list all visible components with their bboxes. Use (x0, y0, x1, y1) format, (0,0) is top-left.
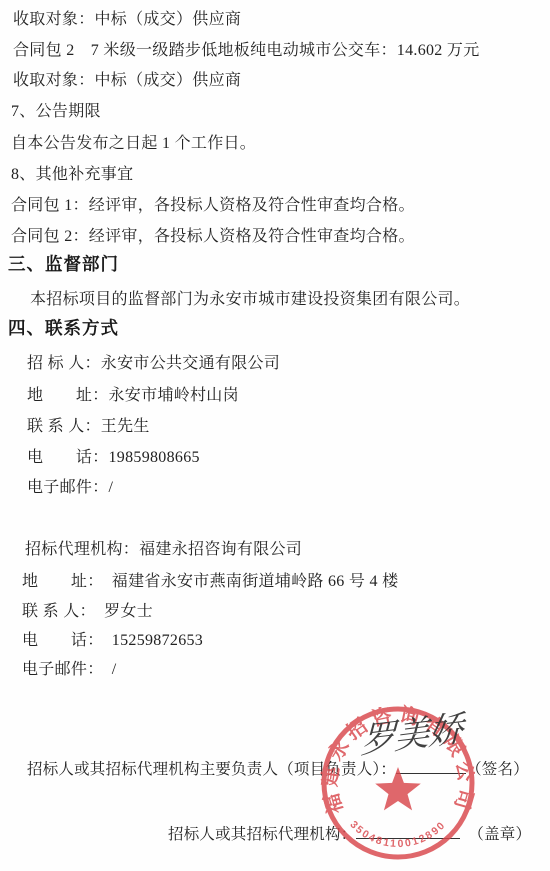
agency-address-line: 地 址： 福建省永安市燕南街道埔岭路 66 号 4 楼 (22, 568, 398, 591)
other-matters-heading: 8、其他补充事宜 (11, 161, 133, 184)
announcement-period-text: 自本公告发布之日起 1 个工作日。 (11, 130, 256, 153)
scanned-document-page: 收取对象：中标（成交）供应商 合同包 2 7 米级一级踏步低地板纯电动城市公交车… (0, 0, 550, 871)
package-1-review-result: 合同包 1：经评审，各投标人资格及符合性审查均合格。 (11, 192, 415, 215)
contract-package-2-fee-line: 合同包 2 7 米级一级踏步低地板纯电动城市公交车：14.602 万元 (13, 37, 480, 60)
tenderer-address-line: 地 址：永安市埔岭村山岗 (27, 382, 239, 405)
package-2-review-result: 合同包 2：经评审，各投标人资格及符合性审查均合格。 (11, 223, 415, 246)
tenderer-contact-line: 联 系 人：王先生 (27, 413, 150, 436)
agency-contact-line: 联 系 人： 罗女士 (22, 598, 153, 621)
agency-name-line: 招标代理机构：福建永招咨询有限公司 (25, 536, 302, 559)
contact-section-heading: 四、联系方式 (8, 315, 119, 340)
agency-phone-line: 电 话： 15259872653 (22, 627, 203, 650)
supervision-department-text: 本招标项目的监督部门为永安市城市建设投资集团有限公司。 (30, 286, 470, 309)
fee-recipient-line-2: 收取对象：中标（成交）供应商 (13, 67, 241, 90)
supervision-section-heading: 三、监督部门 (8, 251, 119, 276)
announcement-period-heading: 7、公告期限 (11, 98, 101, 121)
tenderer-name-line: 招 标 人：永安市公共交通有限公司 (27, 350, 280, 373)
seal-star-icon (375, 767, 421, 810)
fee-recipient-line-1: 收取对象：中标（成交）供应商 (13, 6, 241, 29)
tenderer-email-line: 电子邮件：/ (27, 474, 113, 497)
tenderer-phone-line: 电 话：19859808665 (27, 444, 200, 467)
agency-email-line: 电子邮件： / (22, 656, 117, 679)
